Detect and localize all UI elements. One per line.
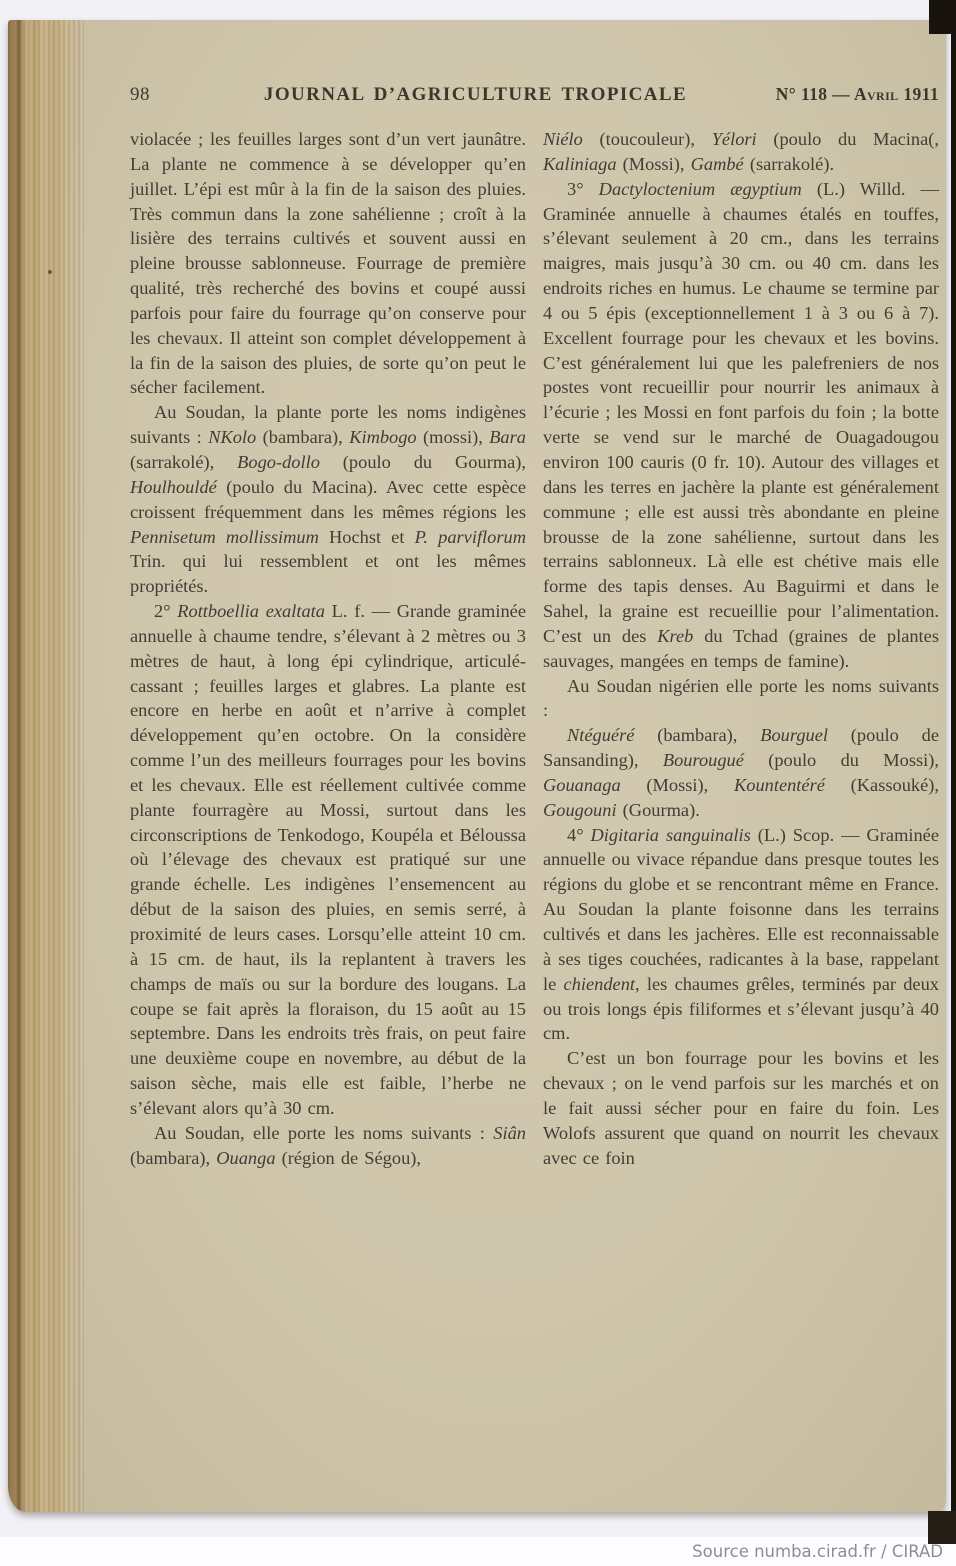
scanner-edge-block-top (929, 0, 956, 34)
page-header: 98 JOURNAL D’AGRICULTURE TROPICALE N° 11… (130, 84, 939, 106)
source-watermark: Source numba.cirad.fr / CIRAD (692, 1542, 943, 1561)
paragraph: Au Soudan nigérien elle porte les noms s… (543, 674, 939, 724)
paragraph: Ntéguéré (bambara), Bourguel (poulo de S… (543, 723, 939, 822)
paragraph: 2° Rottboellia exaltata L. f. — Grande g… (130, 599, 526, 1121)
watermark-bar: Source numba.cirad.fr / CIRAD (0, 1537, 956, 1566)
paragraph: Niélo (toucouleur), Yélori (poulo du Mac… (543, 127, 939, 177)
paragraph: violacée ; les feuilles larges sont d’un… (130, 127, 526, 400)
right-column: Niélo (toucouleur), Yélori (poulo du Mac… (543, 127, 939, 1170)
paragraph: Au Soudan, la plante porte les noms indi… (130, 400, 526, 599)
paragraph: 4° Digitaria sanguinalis (L.) Scop. — Gr… (543, 823, 939, 1047)
paragraph: 3° Dactyloctenium ægyptium (L.) Willd. —… (543, 177, 939, 674)
issue-label: N° 118 — Avril 1911 (751, 84, 939, 105)
page-number: 98 (130, 84, 200, 106)
scanner-edge-block-bottom (928, 1511, 956, 1544)
left-column: violacée ; les feuilles larges sont d’un… (130, 127, 526, 1170)
journal-title: JOURNAL D’AGRICULTURE TROPICALE (200, 84, 751, 106)
page-content: 98 JOURNAL D’AGRICULTURE TROPICALE N° 11… (8, 20, 946, 1512)
article-body: violacée ; les feuilles larges sont d’un… (130, 127, 939, 1170)
paragraph: C’est un bon fourrage pour les bovins et… (543, 1046, 939, 1170)
scanned-book-page: 98 JOURNAL D’AGRICULTURE TROPICALE N° 11… (8, 20, 946, 1512)
scanner-edge-strip (951, 0, 956, 1544)
paragraph: Au Soudan, elle porte les noms suivants … (130, 1121, 526, 1171)
